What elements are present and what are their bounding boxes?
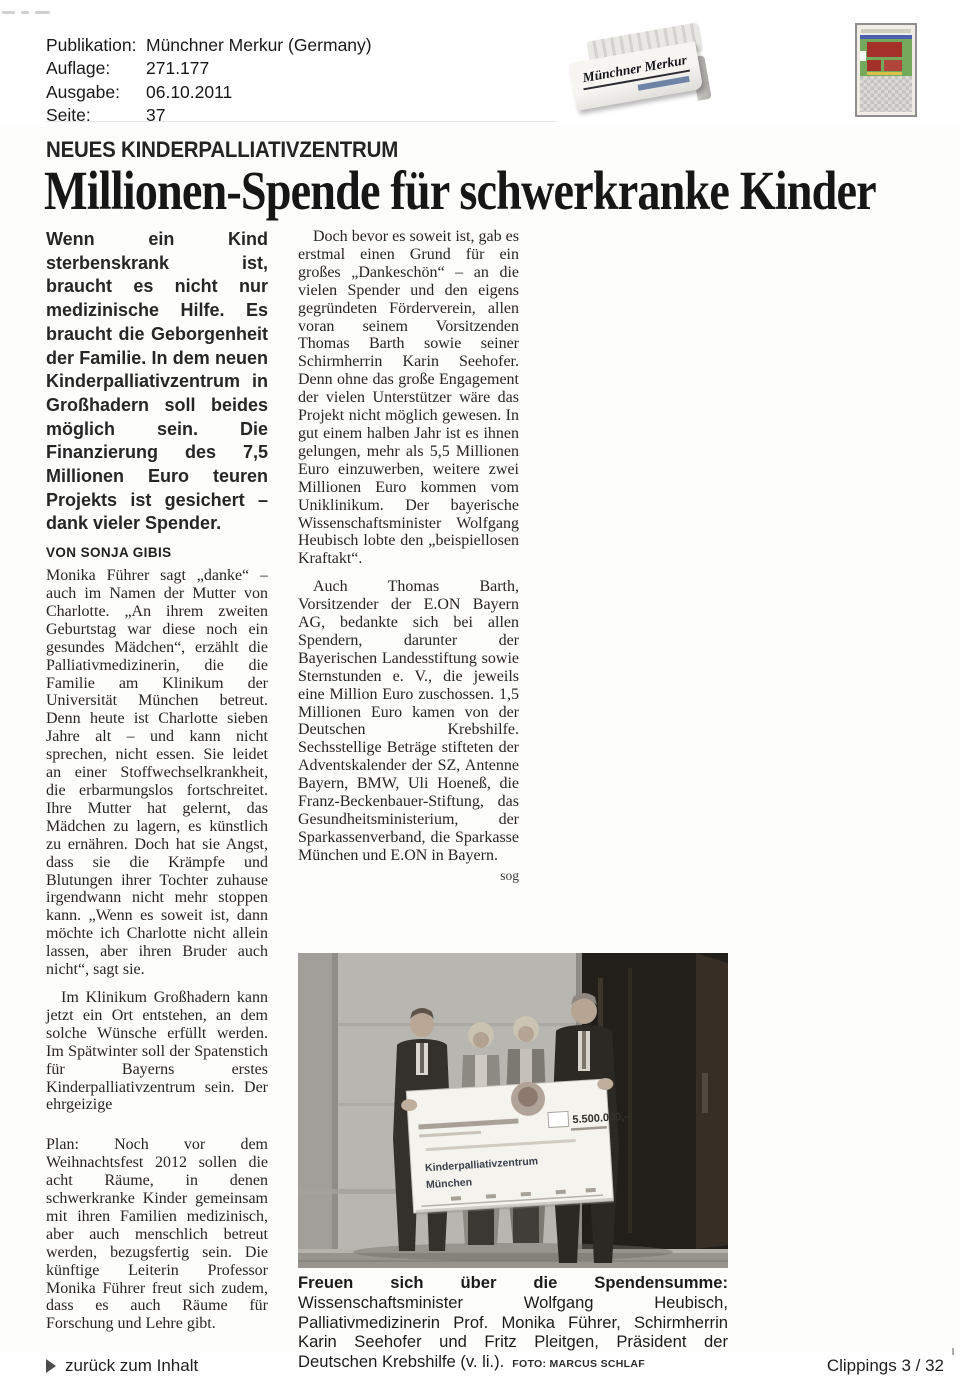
paragraph: Plan: Noch vor dem Weihnachtsfest 2012 s… <box>46 1136 268 1333</box>
paragraph-text: Auch Thomas Barth, Vorsitzender der E.ON… <box>298 578 519 864</box>
issue-date-label: Ausgabe: <box>46 81 146 104</box>
page-value: 37 <box>146 104 165 127</box>
back-link-label: zurück zum Inhalt <box>65 1356 198 1376</box>
issue-date-value: 06.10.2011 <box>146 81 232 104</box>
article-headline: Millionen-Spende für schwerkranke Kinder <box>44 159 876 222</box>
preview-yellow-bar <box>867 72 902 75</box>
paragraph: Auch Thomas Barth, Vorsitzender der E.ON… <box>298 578 519 865</box>
photo-credit: FOTO: MARCUS SCHLAF <box>512 1358 645 1370</box>
photo-caption: Freuen sich über die Spendensumme: Wisse… <box>298 1273 728 1375</box>
meta-row-page: Seite: 37 <box>46 104 372 127</box>
publication-label: Publikation: <box>46 34 146 57</box>
article-column-left: Wenn ein Kind sterbenskrank ist, braucht… <box>46 228 268 1333</box>
page-preview-thumbnail <box>855 23 917 117</box>
article-body-left: Monika Führer sagt „danke“ – auch im Nam… <box>46 567 268 1333</box>
preview-red-block <box>884 60 902 71</box>
paragraph: Doch bevor es soweit ist, gab es erstmal… <box>298 228 519 568</box>
circulation-label: Auflage: <box>46 57 146 80</box>
meta-row-circulation: Auflage: 271.177 <box>46 57 372 80</box>
paragraph: Im Klinikum Großhadern kann jetzt ein Or… <box>46 989 268 1114</box>
preview-masthead-block <box>861 29 911 33</box>
article-byline: VON SONJA GIBIS <box>46 545 268 560</box>
circulation-value: 271.177 <box>146 57 209 80</box>
author-sign-off: sog <box>485 867 519 885</box>
paragraph: Monika Führer sagt „danke“ – auch im Nam… <box>46 567 268 979</box>
preview-red-block <box>867 60 881 71</box>
check-presentation-photo: 5.500.000,- Kinderpalliativzentrum Münch… <box>298 953 728 1268</box>
newspaper-masthead-thumbnail: Münchner Merkur <box>566 22 712 118</box>
article-body-right: Doch bevor es soweit ist, gab es erstmal… <box>298 228 519 865</box>
preview-white-box <box>860 51 866 61</box>
caption-lead: Freuen sich über die Spendensumme: <box>298 1273 728 1292</box>
article-scan: NEUES KINDERPALLIATIVZENTRUM Millionen-S… <box>0 126 960 1352</box>
page-label: Seite: <box>46 104 146 127</box>
meta-row-issue-date: Ausgabe: 06.10.2011 <box>46 81 372 104</box>
preview-classifieds-texture <box>860 76 912 112</box>
article-photo: 5.500.000,- Kinderpalliativzentrum Münch… <box>298 953 728 1268</box>
donation-check: 5.500.000,- Kinderpalliativzentrum Münch… <box>400 1076 633 1216</box>
publication-value: Münchner Merkur (Germany) <box>146 34 372 57</box>
play-triangle-icon <box>46 1359 56 1373</box>
meta-row-publication: Publikation: Münchner Merkur (Germany) <box>46 34 372 57</box>
divider <box>46 121 558 122</box>
scan-tick-artifact <box>952 1348 954 1355</box>
scan-artifact <box>2 1 80 6</box>
clipping-metadata: Publikation: Münchner Merkur (Germany) A… <box>46 34 372 128</box>
clippings-page-indicator: Clippings 3 / 32 <box>827 1356 944 1376</box>
preview-red-block <box>867 42 902 57</box>
back-to-contents-link[interactable]: zurück zum Inhalt <box>46 1356 198 1376</box>
article-lead: Wenn ein Kind sterbenskrank ist, braucht… <box>46 228 268 536</box>
article-column-right: Doch bevor es soweit ist, gab es erstmal… <box>298 228 519 885</box>
